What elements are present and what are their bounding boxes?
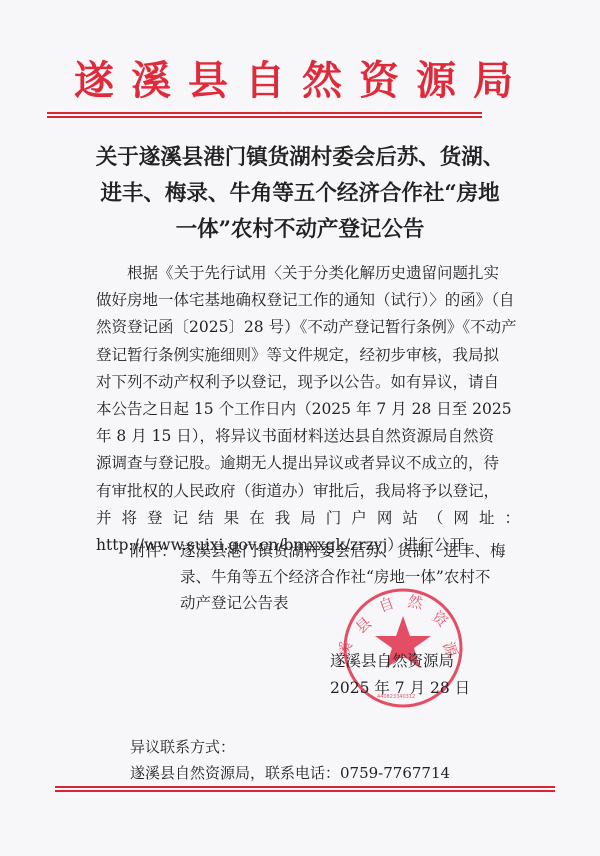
contact-section: 异议联系方式： 遂溪县自然资源局，联系电话：0759-7767714 (130, 734, 530, 786)
issuer-name: 遂溪县自然资源局 (330, 648, 530, 675)
notice-body: 根据《关于先行试用〈关于分类化解历史遗留问题扎实 做好房地一体宅基地确权登记工作… (96, 260, 520, 559)
body-line: 对下列不动产权利予以登记，现予以公告。如有异议，请自 (96, 369, 520, 396)
title-line: 一体”农村不动产登记公告 (60, 212, 540, 248)
body-line: 做好房地一体宅基地确权登记工作的通知（试行）〉的函》（自 (96, 287, 520, 314)
footer-red-divider (55, 786, 555, 788)
attachment-line: 遂溪县港门镇货湖村委会后苏、货湖、进丰、梅 (180, 538, 522, 564)
notice-title: 关于遂溪县港门镇货湖村委会后苏、货湖、 进丰、梅录、牛角等五个经济合作社“房地 … (60, 140, 540, 248)
contact-line: 遂溪县自然资源局，联系电话：0759-7767714 (130, 760, 530, 786)
body-line: 年 8 月 15 日），将异议书面材料送达县自然资源局自然资 (96, 423, 520, 450)
title-line: 关于遂溪县港门镇货湖村委会后苏、货湖、 (60, 140, 540, 176)
contact-heading: 异议联系方式： (130, 734, 530, 760)
body-line: 本公告之日起 15 个工作日内（2025 年 7 月 28 日至 2025 (96, 396, 520, 423)
attachment-label: 附件： (130, 538, 177, 564)
issue-date: 2025 年 7 月 28 日 (330, 675, 530, 702)
body-line: 根据《关于先行试用〈关于分类化解历史遗留问题扎实 (96, 260, 520, 287)
body-line: 源调查与登记股。逾期无人提出异议或者异议不成立的，待 (96, 450, 520, 477)
svg-text:自: 自 (376, 594, 396, 616)
agency-masthead: 遂溪县自然资源局 (52, 56, 552, 106)
title-line: 进丰、梅录、牛角等五个经济合作社“房地 (60, 176, 540, 212)
body-line: 有审批权的人民政府（街道办）审批后，我局将予以登记， (96, 478, 520, 505)
masthead-red-divider (47, 112, 482, 114)
document-page: 遂溪县自然资源局 关于遂溪县港门镇货湖村委会后苏、货湖、 进丰、梅录、牛角等五个… (0, 0, 600, 856)
body-line: 然资登记函〔2025〕28 号）《不动产登记暂行条例》《不动产 (96, 314, 520, 341)
signature-block: 遂溪县自然资源局 2025 年 7 月 28 日 (330, 648, 530, 702)
body-line: 登记暂行条例实施细则》等文件规定，经初步审核，我局拟 (96, 342, 520, 369)
svg-text:然: 然 (406, 592, 425, 613)
body-line: 并将登记结果在我局门户网站（网址： (96, 505, 520, 532)
